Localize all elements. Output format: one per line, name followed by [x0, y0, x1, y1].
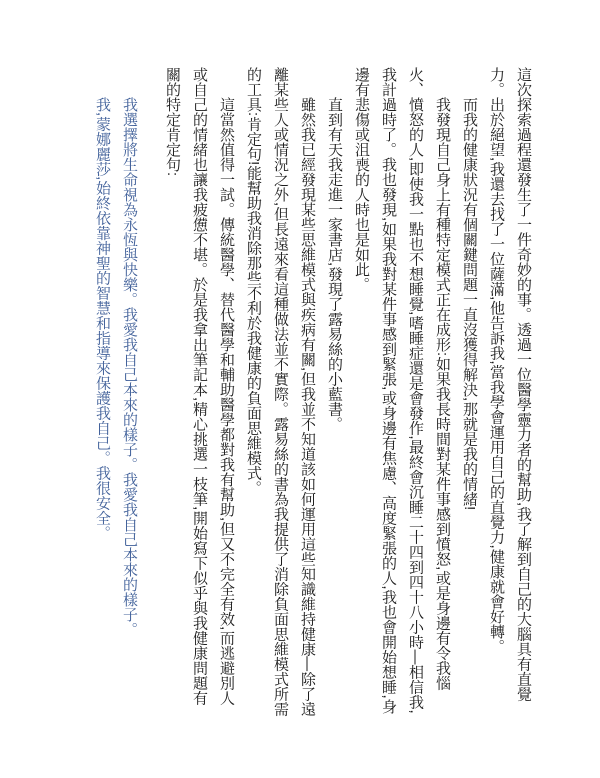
vertical-text-block: 這次探索過程還發生了一件奇妙的事。透過一位醫學靈力者的幫助,我了解到自己的大腦具… — [89, 67, 537, 719]
paragraph-5: 雖然我已經發現某些思維模式與疾病有關,但我並不知道該如何運用這些知識維持健康—除… — [240, 67, 321, 719]
paragraph-2: 而我的健康狀況有個關鍵問題一直沒獲得解決,那就是我的情緒! — [456, 67, 483, 719]
paragraph-4: 直到有天我走進一家書店,發現了露易絲的小藍書。 — [321, 67, 348, 719]
paragraph-1: 這次探索過程還發生了一件奇妙的事。透過一位醫學靈力者的幫助,我了解到自己的大腦具… — [483, 67, 537, 719]
affirmation-paragraph-1: 我選擇將生命視為永恆與快樂。我愛我自己本來的樣子。我愛我自己本來的樣子。 — [116, 67, 143, 719]
book-page: 這次探索過程還發生了一件奇妙的事。透過一位醫學靈力者的幫助,我了解到自己的大腦具… — [0, 0, 600, 778]
paragraph-3: 我發現自己身上有種特定模式正在成形:如果我長時間對某件事感到憤怒,或是身邊有令我… — [348, 67, 456, 719]
affirmation-paragraph-2: 我,蒙娜麗莎,始終依靠神聖的智慧和指導來保護我自己。我很安全。 — [89, 67, 116, 719]
paragraph-6: 這當然值得一試。傳統醫學、替代醫學和輔助醫學都對我有幫助,但又不完全有效,而逃避… — [159, 67, 240, 719]
